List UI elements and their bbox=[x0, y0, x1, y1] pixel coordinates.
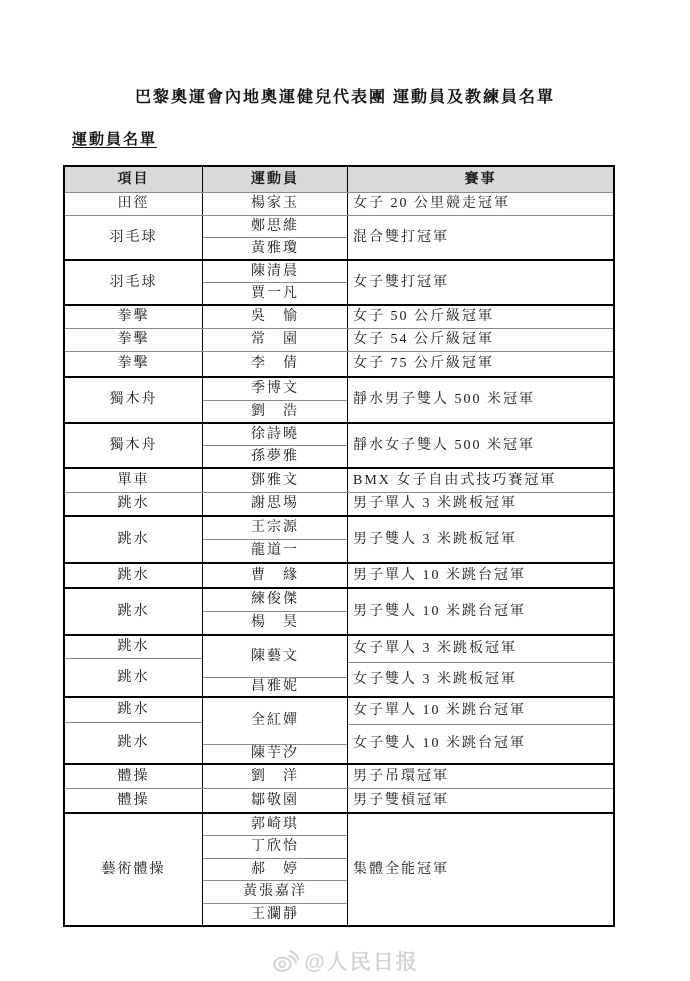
table-cell-athlete-column: 全紅嬋陳芋汐 bbox=[202, 698, 347, 763]
table-cell-athlete: 楊 昊 bbox=[203, 611, 347, 634]
table-cell-sport: 跳水 bbox=[65, 658, 202, 696]
table-cell-athlete-column: 吳 愉 bbox=[202, 306, 347, 328]
table-cell-athlete-column: 季博文劉 浩 bbox=[202, 378, 347, 422]
table-cell-athlete-column: 曹 緣 bbox=[202, 564, 347, 587]
table-cell-athlete-column: 王宗源龍道一 bbox=[202, 517, 347, 562]
table-cell-event: 男子雙人 10 米跳台冠軍 bbox=[348, 589, 613, 634]
table-cell-athlete-column: 鄒敬園 bbox=[202, 789, 347, 812]
column-header: 運動員 bbox=[203, 167, 347, 192]
table-row: 跳水王宗源龍道一男子雙人 3 米跳板冠軍 bbox=[65, 517, 613, 564]
table-cell-athlete-column: 郭崎琪丁欣怡郝 婷黃張嘉洋王瀾靜 bbox=[202, 814, 347, 925]
table-cell-sport-column: 獨木舟 bbox=[65, 378, 202, 422]
watermark-text: @人民日报 bbox=[304, 946, 418, 976]
table-row: 羽毛球陳清晨賈一凡女子雙打冠軍 bbox=[65, 261, 613, 306]
header-column: 運動員 bbox=[202, 167, 347, 192]
table-cell-sport: 跳水 bbox=[65, 493, 202, 515]
table-cell-sport-column: 跳水 bbox=[65, 564, 202, 587]
table-cell-event: 男子單人 3 米跳板冠軍 bbox=[348, 493, 613, 515]
table-cell-athlete: 鄒敬園 bbox=[203, 789, 347, 812]
table-cell-event-column: 女子 54 公斤級冠軍 bbox=[347, 329, 613, 351]
table-cell-athlete: 吳 愉 bbox=[203, 306, 347, 328]
table-cell-event: 男子雙槓冠軍 bbox=[348, 789, 613, 812]
table-cell-athlete: 昌雅妮 bbox=[203, 677, 347, 696]
table-cell-athlete-column: 李 倩 bbox=[202, 352, 347, 376]
table-cell-event: 男子雙人 3 米跳板冠軍 bbox=[348, 517, 613, 562]
table-cell-sport-column: 拳擊 bbox=[65, 306, 202, 328]
table-cell-event: 女子單人 3 米跳板冠軍 bbox=[348, 636, 613, 662]
table-cell-event-column: 集體全能冠軍 bbox=[347, 814, 613, 925]
table-cell-event: 女子 75 公斤級冠軍 bbox=[348, 352, 613, 376]
table-cell-athlete-column: 楊家玉 bbox=[202, 193, 347, 215]
table-cell-event: 男子單人 10 米跳台冠軍 bbox=[348, 564, 613, 587]
table-cell-athlete: 常 園 bbox=[203, 329, 347, 351]
table-cell-athlete: 鄭思維 bbox=[203, 216, 347, 237]
column-header: 項目 bbox=[65, 167, 202, 192]
table-cell-athlete: 龍道一 bbox=[203, 539, 347, 562]
table-cell-athlete: 全紅嬋 bbox=[203, 698, 347, 744]
table-cell-sport: 獨木舟 bbox=[65, 378, 202, 422]
section-heading-athletes: 運動員名單 bbox=[72, 128, 157, 149]
table-cell-sport: 跳水 bbox=[65, 636, 202, 658]
table-cell-sport: 跳水 bbox=[65, 564, 202, 587]
table-cell-athlete: 陳藝文 bbox=[203, 636, 347, 677]
table-cell-event-column: 男子雙槓冠軍 bbox=[347, 789, 613, 812]
table-cell-sport: 體操 bbox=[65, 789, 202, 812]
table-row: 拳擊吳 愉女子 50 公斤級冠軍 bbox=[65, 306, 613, 329]
table-cell-athlete: 郭崎琪 bbox=[203, 814, 347, 835]
table-row: 體操鄒敬園男子雙槓冠軍 bbox=[65, 789, 613, 814]
table-cell-event: 女子 20 公里競走冠軍 bbox=[348, 193, 613, 215]
table-cell-event-column: 女子 50 公斤級冠軍 bbox=[347, 306, 613, 328]
table-cell-event: 靜水男子雙人 500 米冠軍 bbox=[348, 378, 613, 422]
table-cell-sport: 藝術體操 bbox=[65, 814, 202, 925]
table-cell-sport: 拳擊 bbox=[65, 306, 202, 328]
table-cell-sport-column: 跳水 bbox=[65, 493, 202, 515]
table-row: 跳水曹 緣男子單人 10 米跳台冠軍 bbox=[65, 564, 613, 589]
table-cell-sport-column: 跳水 bbox=[65, 517, 202, 562]
table-row: 跳水謝思埸男子單人 3 米跳板冠軍 bbox=[65, 493, 613, 517]
table-cell-event: 男子吊環冠軍 bbox=[348, 765, 613, 788]
table-row: 單車鄧雅文BMX 女子自由式技巧賽冠軍 bbox=[65, 469, 613, 493]
table-cell-athlete-column: 練俊傑楊 昊 bbox=[202, 589, 347, 634]
table-cell-event-column: 女子單人 10 米跳台冠軍女子雙人 10 米跳台冠軍 bbox=[347, 698, 613, 763]
table-cell-athlete: 李 倩 bbox=[203, 352, 347, 376]
table-cell-sport: 田徑 bbox=[65, 193, 202, 215]
table-cell-athlete: 劉 洋 bbox=[203, 765, 347, 788]
table-cell-sport: 體操 bbox=[65, 765, 202, 788]
table-cell-sport: 跳水 bbox=[65, 722, 202, 763]
table-cell-event: 靜水女子雙人 500 米冠軍 bbox=[348, 424, 613, 467]
table-cell-sport: 羽毛球 bbox=[65, 216, 202, 259]
table-cell-event: 集體全能冠軍 bbox=[348, 814, 613, 925]
table-cell-sport-column: 獨木舟 bbox=[65, 424, 202, 467]
table-cell-sport: 拳擊 bbox=[65, 329, 202, 351]
table-cell-athlete: 楊家玉 bbox=[203, 193, 347, 215]
table-cell-athlete-column: 陳藝文昌雅妮 bbox=[202, 636, 347, 696]
table-cell-athlete: 王瀾靜 bbox=[203, 903, 347, 925]
table-cell-athlete: 劉 浩 bbox=[203, 400, 347, 423]
table-cell-sport-column: 跳水跳水 bbox=[65, 698, 202, 763]
table-cell-event: 女子雙打冠軍 bbox=[348, 261, 613, 304]
table-cell-sport: 跳水 bbox=[65, 517, 202, 562]
table-cell-athlete: 曹 緣 bbox=[203, 564, 347, 587]
table-cell-athlete-column: 陳清晨賈一凡 bbox=[202, 261, 347, 304]
table-cell-event: 女子雙人 3 米跳板冠軍 bbox=[348, 662, 613, 696]
table-row: 跳水跳水全紅嬋陳芋汐女子單人 10 米跳台冠軍女子雙人 10 米跳台冠軍 bbox=[65, 698, 613, 765]
table-cell-event: 女子雙人 10 米跳台冠軍 bbox=[348, 724, 613, 763]
table-cell-event-column: 女子雙打冠軍 bbox=[347, 261, 613, 304]
table-cell-sport-column: 體操 bbox=[65, 789, 202, 812]
table-row: 體操劉 洋男子吊環冠軍 bbox=[65, 765, 613, 789]
table-cell-athlete-column: 謝思埸 bbox=[202, 493, 347, 515]
table-cell-event: 女子單人 10 米跳台冠軍 bbox=[348, 698, 613, 724]
table-cell-athlete: 鄧雅文 bbox=[203, 469, 347, 492]
weibo-icon bbox=[271, 948, 299, 974]
table-cell-sport-column: 羽毛球 bbox=[65, 216, 202, 259]
table-cell-sport: 羽毛球 bbox=[65, 261, 202, 304]
table-cell-event: 女子 54 公斤級冠軍 bbox=[348, 329, 613, 351]
table-cell-athlete: 黃張嘉洋 bbox=[203, 880, 347, 902]
table-row: 藝術體操郭崎琪丁欣怡郝 婷黃張嘉洋王瀾靜集體全能冠軍 bbox=[65, 814, 613, 925]
table-cell-athlete: 陳芋汐 bbox=[203, 744, 347, 763]
table-cell-event-column: 女子 75 公斤級冠軍 bbox=[347, 352, 613, 376]
table-cell-athlete: 練俊傑 bbox=[203, 589, 347, 611]
table-cell-sport-column: 跳水跳水 bbox=[65, 636, 202, 696]
table-cell-sport: 單車 bbox=[65, 469, 202, 492]
table-cell-athlete: 丁欣怡 bbox=[203, 835, 347, 857]
table-cell-athlete: 徐詩曉 bbox=[203, 424, 347, 445]
table-cell-athlete-column: 常 園 bbox=[202, 329, 347, 351]
table-cell-sport-column: 羽毛球 bbox=[65, 261, 202, 304]
table-row: 跳水跳水陳藝文昌雅妮女子單人 3 米跳板冠軍女子雙人 3 米跳板冠軍 bbox=[65, 636, 613, 698]
table-cell-event-column: BMX 女子自由式技巧賽冠軍 bbox=[347, 469, 613, 492]
table-cell-athlete: 孫夢雅 bbox=[203, 445, 347, 467]
table-cell-athlete: 賈一凡 bbox=[203, 282, 347, 304]
table-cell-sport: 跳水 bbox=[65, 589, 202, 634]
document-title: 巴黎奧運會內地奧運健兒代表團 運動員及教練員名單 bbox=[0, 84, 690, 107]
table-row: 獨木舟季博文劉 浩靜水男子雙人 500 米冠軍 bbox=[65, 378, 613, 424]
table-cell-event-column: 女子 20 公里競走冠軍 bbox=[347, 193, 613, 215]
table-cell-event-column: 女子單人 3 米跳板冠軍女子雙人 3 米跳板冠軍 bbox=[347, 636, 613, 696]
table-header-row: 項目運動員賽事 bbox=[65, 167, 613, 193]
table-cell-sport-column: 單車 bbox=[65, 469, 202, 492]
table-cell-sport-column: 拳擊 bbox=[65, 352, 202, 376]
table-cell-sport: 獨木舟 bbox=[65, 424, 202, 467]
table-cell-sport-column: 跳水 bbox=[65, 589, 202, 634]
table-cell-sport-column: 田徑 bbox=[65, 193, 202, 215]
column-header: 賽事 bbox=[348, 167, 613, 192]
table-cell-event-column: 男子雙人 3 米跳板冠軍 bbox=[347, 517, 613, 562]
table-cell-event: BMX 女子自由式技巧賽冠軍 bbox=[348, 469, 613, 492]
table-cell-sport: 拳擊 bbox=[65, 352, 202, 376]
header-column: 賽事 bbox=[347, 167, 613, 192]
table-cell-athlete: 王宗源 bbox=[203, 517, 347, 539]
table-row: 拳擊李 倩女子 75 公斤級冠軍 bbox=[65, 352, 613, 378]
table-cell-sport-column: 藝術體操 bbox=[65, 814, 202, 925]
table-cell-event: 女子 50 公斤級冠軍 bbox=[348, 306, 613, 328]
table-cell-athlete: 郝 婷 bbox=[203, 858, 347, 880]
athletes-table: 項目運動員賽事田徑楊家玉女子 20 公里競走冠軍羽毛球鄭思維黃雅瓊混合雙打冠軍羽… bbox=[63, 165, 615, 927]
table-cell-event: 混合雙打冠軍 bbox=[348, 216, 613, 259]
table-cell-athlete: 謝思埸 bbox=[203, 493, 347, 515]
table-cell-sport-column: 體操 bbox=[65, 765, 202, 788]
table-cell-athlete: 陳清晨 bbox=[203, 261, 347, 282]
watermark: @人民日报 bbox=[271, 946, 418, 976]
table-cell-athlete-column: 徐詩曉孫夢雅 bbox=[202, 424, 347, 467]
table-row: 跳水練俊傑楊 昊男子雙人 10 米跳台冠軍 bbox=[65, 589, 613, 636]
table-cell-event-column: 混合雙打冠軍 bbox=[347, 216, 613, 259]
table-cell-sport-column: 拳擊 bbox=[65, 329, 202, 351]
table-row: 獨木舟徐詩曉孫夢雅靜水女子雙人 500 米冠軍 bbox=[65, 424, 613, 469]
document-page: 巴黎奧運會內地奧運健兒代表團 運動員及教練員名單 運動員名單 項目運動員賽事田徑… bbox=[0, 0, 690, 981]
table-cell-athlete-column: 劉 洋 bbox=[202, 765, 347, 788]
table-cell-event-column: 靜水女子雙人 500 米冠軍 bbox=[347, 424, 613, 467]
table-cell-event-column: 靜水男子雙人 500 米冠軍 bbox=[347, 378, 613, 422]
table-cell-athlete-column: 鄭思維黃雅瓊 bbox=[202, 216, 347, 259]
table-row: 田徑楊家玉女子 20 公里競走冠軍 bbox=[65, 193, 613, 216]
table-cell-event-column: 男子單人 10 米跳台冠軍 bbox=[347, 564, 613, 587]
table-cell-event-column: 男子雙人 10 米跳台冠軍 bbox=[347, 589, 613, 634]
table-cell-sport: 跳水 bbox=[65, 698, 202, 722]
table-row: 羽毛球鄭思維黃雅瓊混合雙打冠軍 bbox=[65, 216, 613, 261]
table-cell-event-column: 男子單人 3 米跳板冠軍 bbox=[347, 493, 613, 515]
table-cell-athlete: 黃雅瓊 bbox=[203, 237, 347, 259]
table-row: 拳擊常 園女子 54 公斤級冠軍 bbox=[65, 329, 613, 352]
table-cell-athlete: 季博文 bbox=[203, 378, 347, 400]
table-cell-event-column: 男子吊環冠軍 bbox=[347, 765, 613, 788]
header-column: 項目 bbox=[65, 167, 202, 192]
table-cell-athlete-column: 鄧雅文 bbox=[202, 469, 347, 492]
